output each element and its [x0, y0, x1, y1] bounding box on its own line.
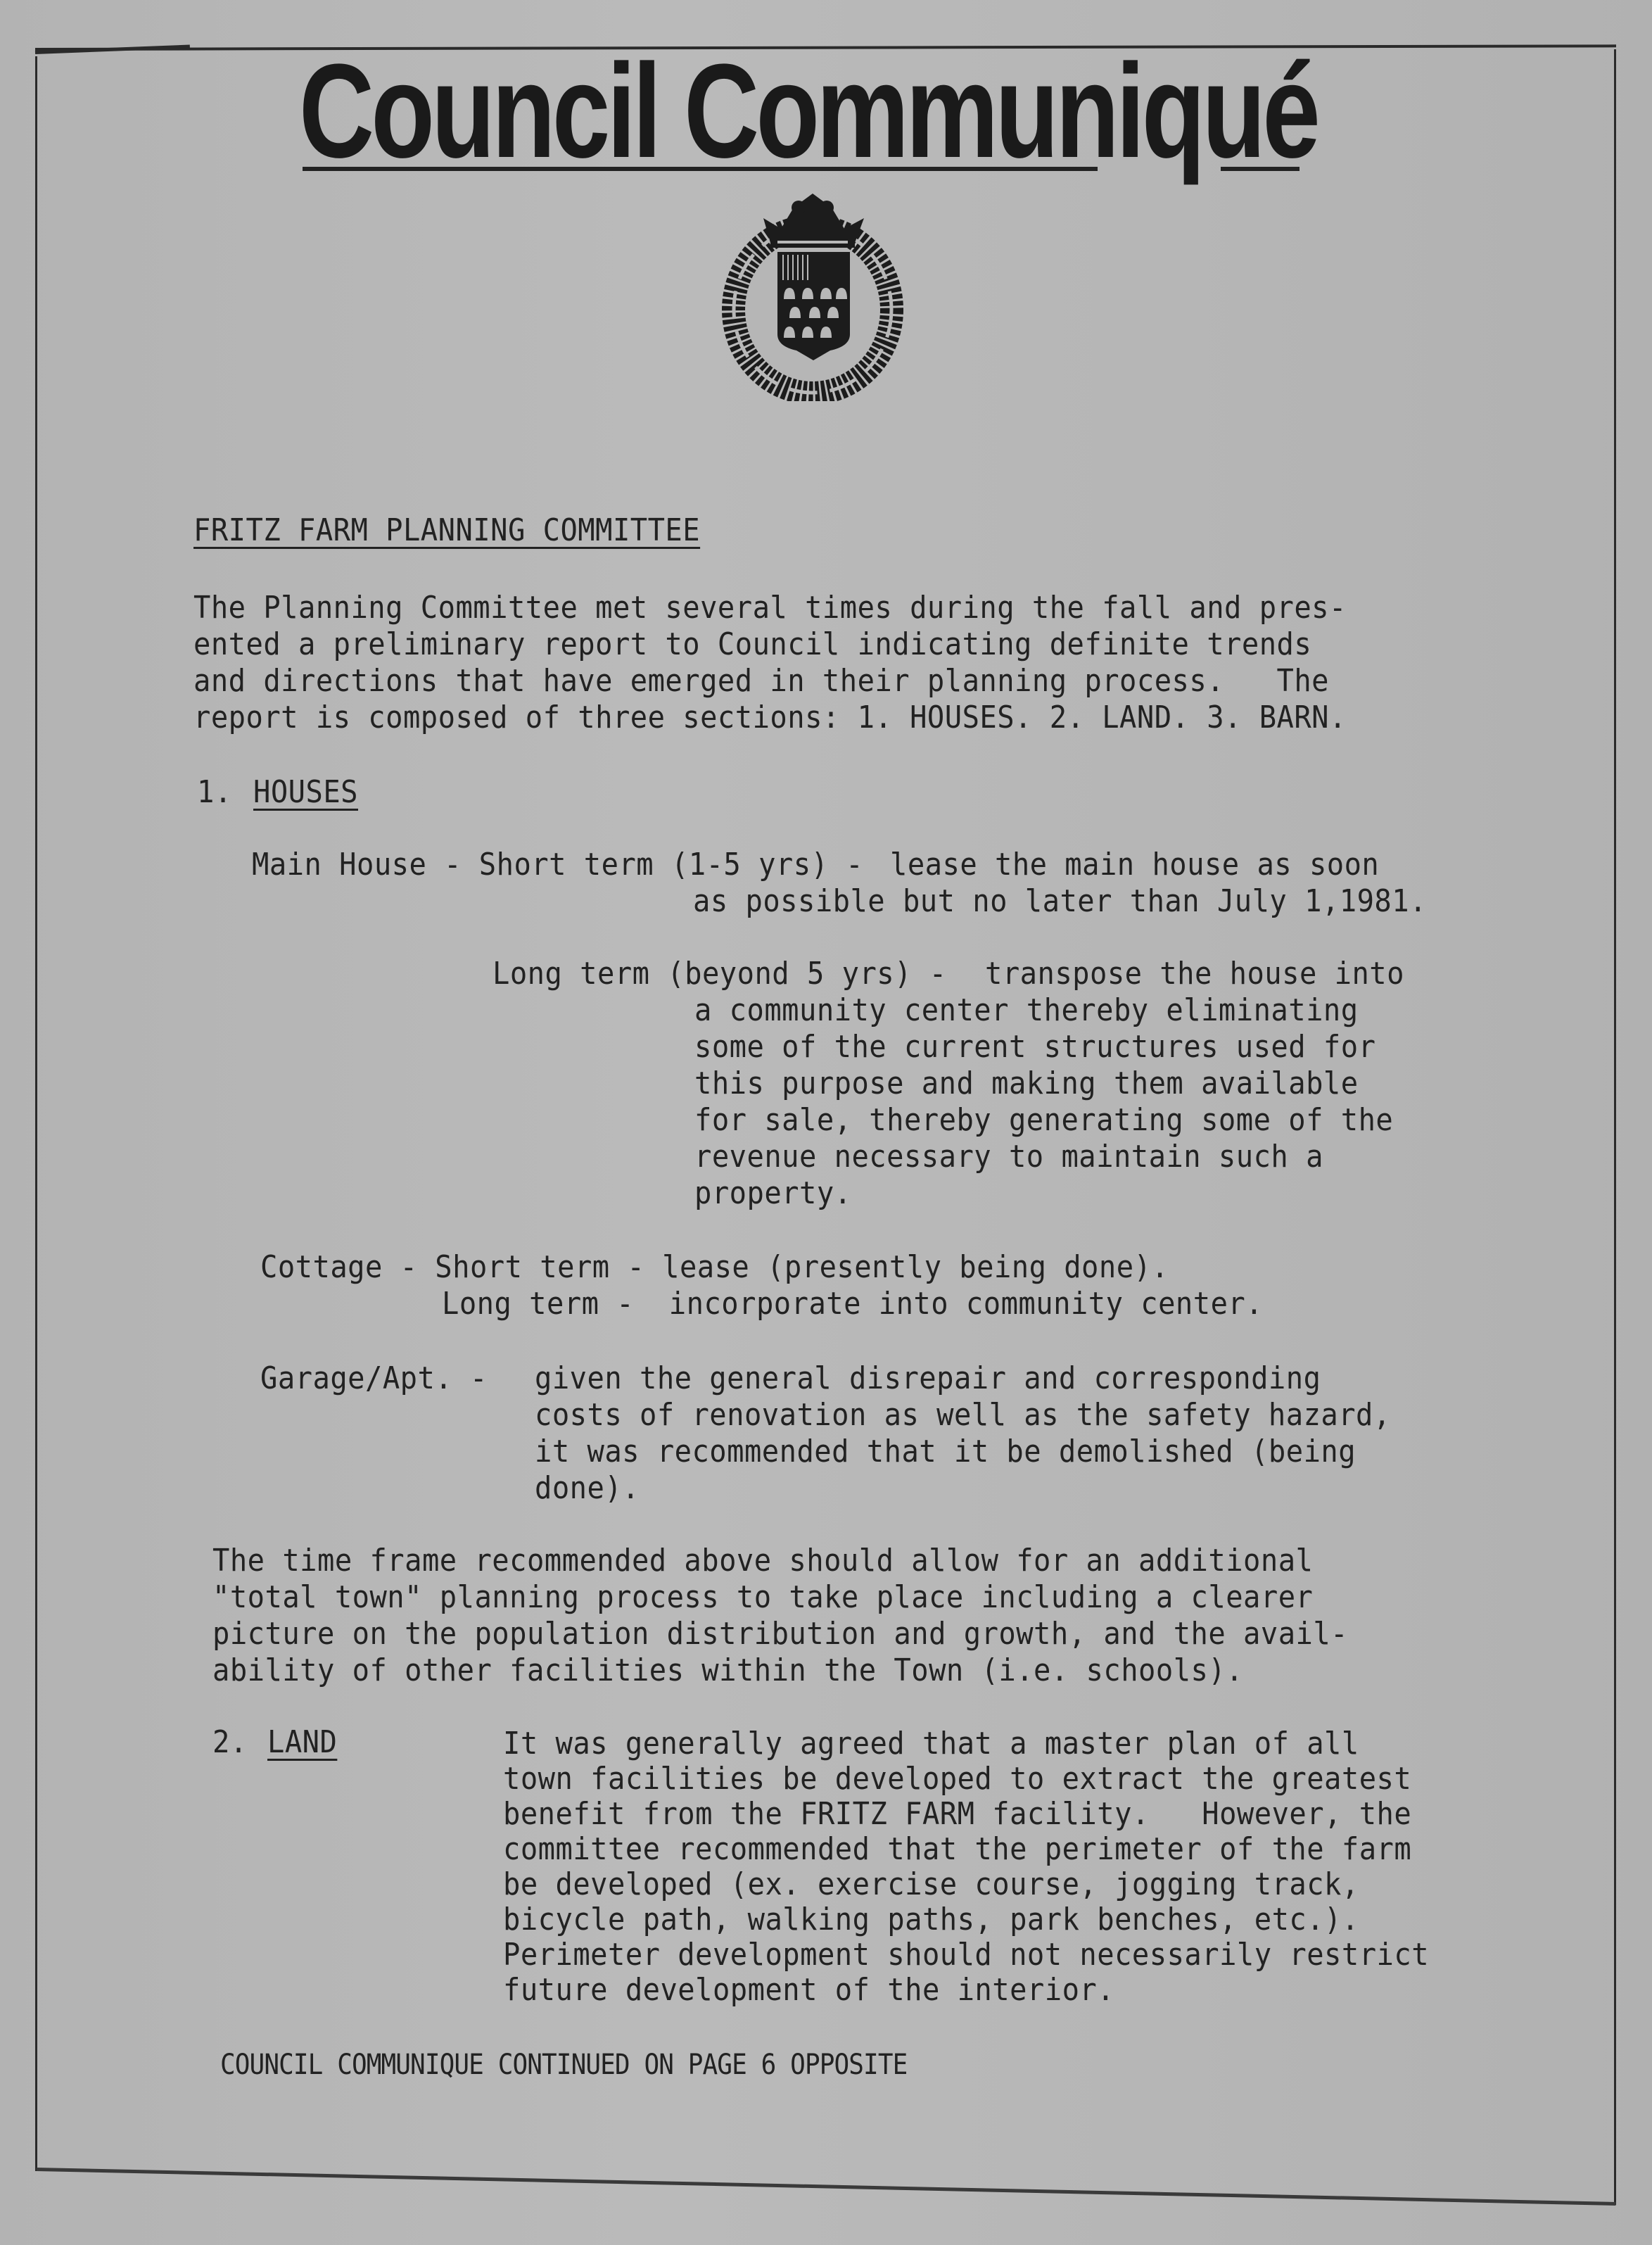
- page-border-right: [1614, 49, 1616, 2205]
- cottage-line: Cottage - Short term - lease (presently …: [260, 1249, 1169, 1286]
- land-line: committee recommended that the perimeter…: [503, 1831, 1411, 1868]
- garage-line: given the general disrepair and correspo…: [535, 1360, 1321, 1397]
- land-line: town facilities be developed to extract …: [503, 1761, 1411, 1797]
- houses-number: 1.: [197, 774, 232, 811]
- garage-line: done).: [535, 1470, 640, 1507]
- land-line: future development of the interior.: [503, 1972, 1114, 2009]
- intro-line: and directions that have emerged in thei…: [193, 663, 1329, 700]
- garage-label: Garage/Apt. -: [260, 1360, 488, 1397]
- main-house-label: Main House - Short term (1-5 yrs) -: [252, 847, 881, 883]
- main-house-long-line: transpose the house into: [985, 956, 1404, 992]
- time-frame-line: The time frame recommended above should …: [212, 1543, 1313, 1579]
- garage-line: it was recommended that it be demolished…: [535, 1434, 1356, 1470]
- main-house-long-line: a community center thereby eliminating: [694, 992, 1359, 1029]
- cottage-line: Long term - incorporate into community c…: [442, 1286, 1263, 1322]
- continued-footer: COUNCIL COMMUNIQUE CONTINUED ON PAGE 6 O…: [220, 2047, 907, 2083]
- intro-line: The Planning Committee met several times…: [193, 590, 1347, 626]
- section-heading: FRITZ FARM PLANNING COMMITTEE: [193, 512, 700, 549]
- main-house-long-line: for sale, thereby generating some of the: [694, 1102, 1393, 1139]
- masthead-underline: [303, 167, 1098, 171]
- page-border-left: [35, 56, 37, 2171]
- land-line: Perimeter development should not necessa…: [503, 1937, 1429, 1973]
- masthead-title: Council Communiqué: [299, 41, 1084, 182]
- main-house-long-label: Long term (beyond 5 yrs) -: [493, 956, 964, 992]
- main-house-short-line: lease the main house as soon: [890, 847, 1379, 883]
- time-frame-line: "total town" planning process to take pl…: [212, 1579, 1313, 1616]
- land-heading: LAND: [267, 1724, 337, 1761]
- intro-line: report is composed of three sections: 1.…: [193, 700, 1347, 736]
- main-house-long-line: some of the current structures used for: [694, 1029, 1375, 1065]
- main-house-short-line: as possible but no later than July 1,198…: [693, 883, 1427, 920]
- land-line: It was generally agreed that a master pl…: [503, 1726, 1359, 1762]
- coat-of-arms-icon: [711, 190, 915, 401]
- land-line: be developed (ex. exercise course, joggi…: [503, 1866, 1359, 1903]
- intro-line: ented a preliminary report to Council in…: [193, 626, 1311, 663]
- land-number: 2.: [212, 1724, 248, 1761]
- masthead-underline-end: [1221, 167, 1300, 171]
- newsletter-page: Council Communiqué FRITZ FARM PLANNING: [0, 0, 1652, 2245]
- main-house-long-line: property.: [694, 1175, 851, 1212]
- main-house-long-line: revenue necessary to maintain such a: [694, 1139, 1323, 1175]
- houses-heading: HOUSES: [253, 774, 358, 811]
- land-line: benefit from the FRITZ FARM facility. Ho…: [503, 1796, 1411, 1833]
- time-frame-line: ability of other facilities within the T…: [212, 1652, 1243, 1689]
- garage-line: costs of renovation as well as the safet…: [535, 1397, 1391, 1434]
- time-frame-line: picture on the population distribution a…: [212, 1616, 1348, 1652]
- page-border-bottom: [37, 2168, 1616, 2206]
- main-house-long-line: this purpose and making them available: [694, 1065, 1359, 1102]
- land-line: bicycle path, walking paths, park benche…: [503, 1902, 1359, 1938]
